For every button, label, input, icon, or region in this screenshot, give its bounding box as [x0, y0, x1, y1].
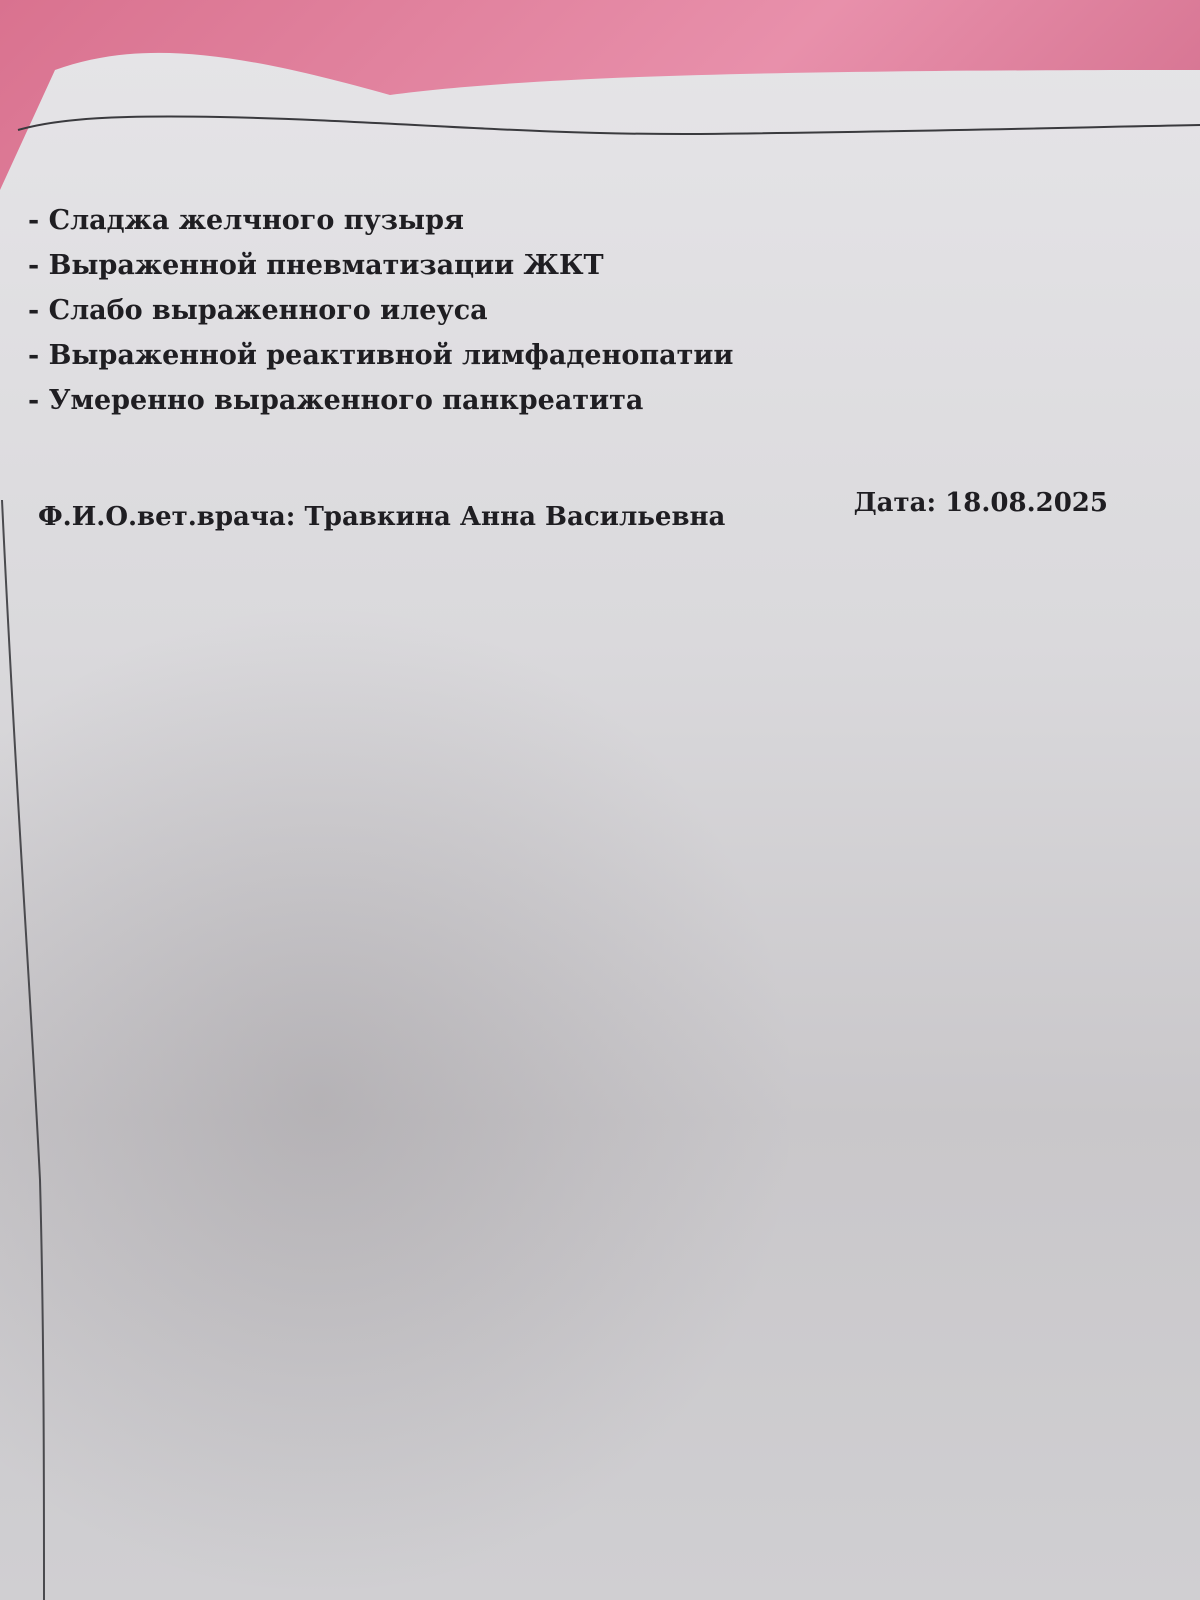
date-value: 18.08.2025	[945, 488, 1108, 518]
date-field: Дата: 18.08.2025	[854, 488, 1108, 518]
finding-item: - Выраженной реактивной лимфаденопатии	[28, 333, 733, 378]
doctor-name: Травкина Анна Васильевна	[304, 502, 725, 532]
finding-item: - Слабо выраженного илеуса	[28, 288, 733, 333]
doctor-field: Ф.И.О.вет.врача: Травкина Анна Васильевн…	[38, 502, 725, 532]
finding-item: - Умеренно выраженного панкреатита	[28, 378, 733, 423]
findings-list: - Сладжа желчного пузыря - Выраженной пн…	[28, 198, 733, 423]
doctor-label: Ф.И.О.вет.врача:	[38, 502, 295, 532]
finding-item: - Выраженной пневматизации ЖКТ	[28, 243, 733, 288]
paper-shadow	[0, 600, 800, 1600]
finding-item: - Сладжа желчного пузыря	[28, 198, 733, 243]
date-label: Дата:	[854, 488, 937, 518]
